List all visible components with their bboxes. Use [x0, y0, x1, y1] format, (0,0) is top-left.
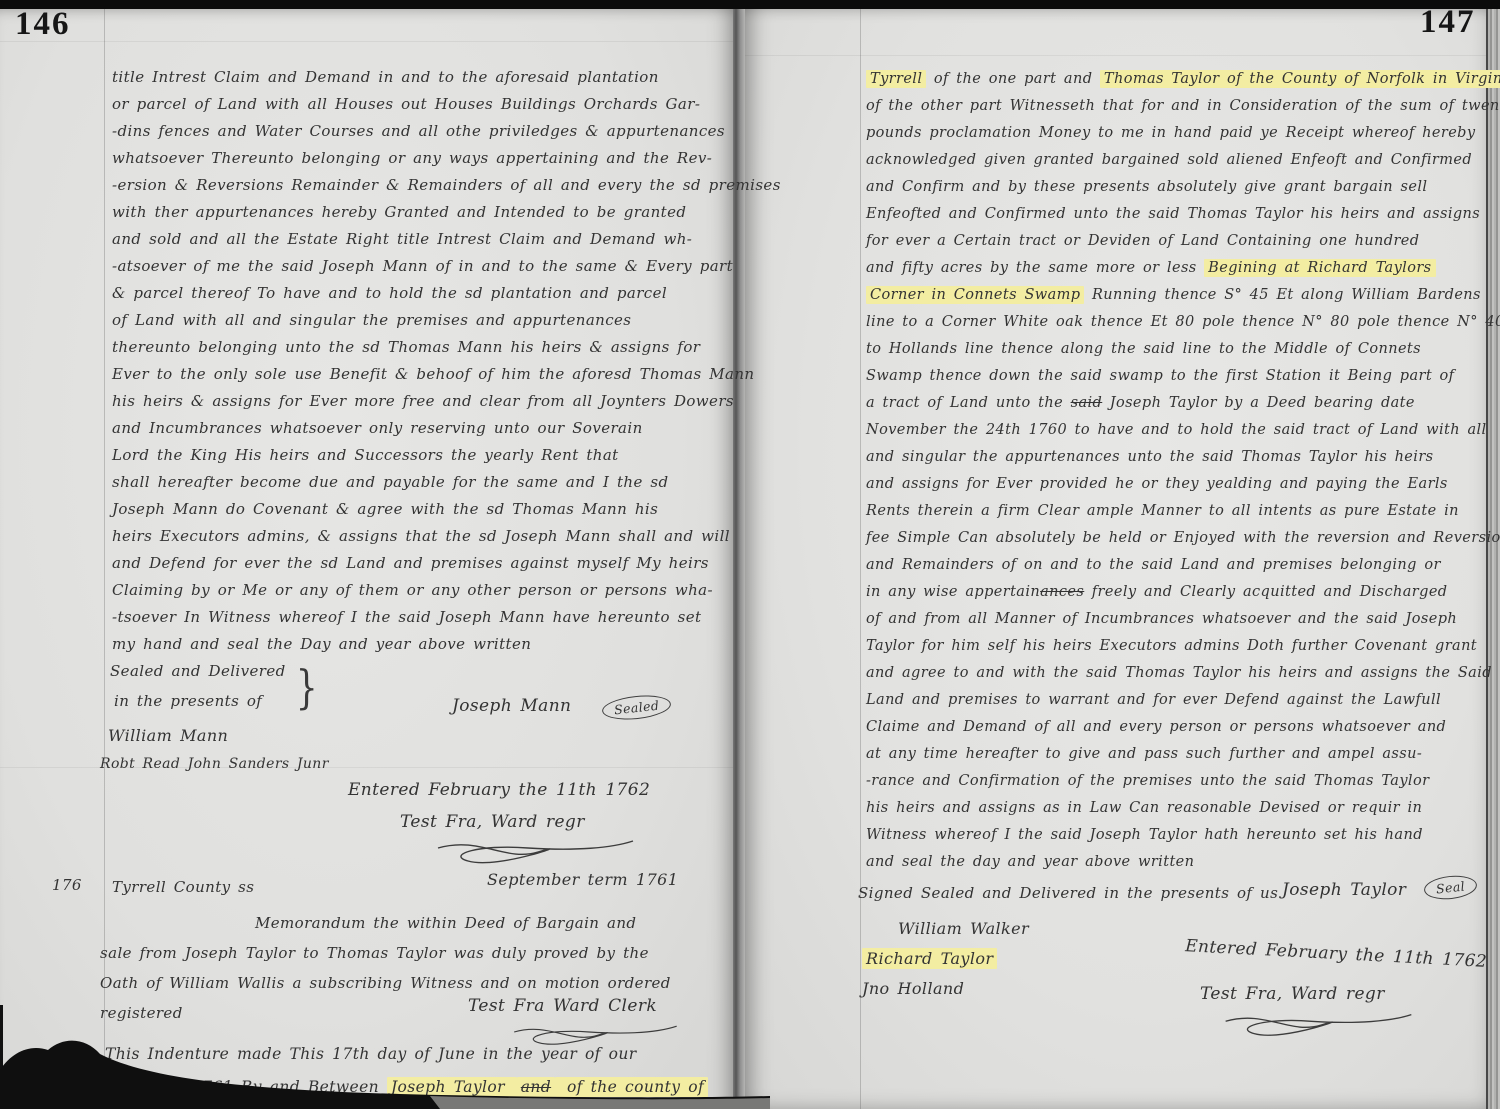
right-witness-list: William WalkerRichard TaylorJno Holland	[862, 914, 1029, 1004]
deed-text-line: line to a Corner White oak thence Et 80 …	[866, 309, 1500, 336]
page-number-147: 147	[1420, 4, 1476, 41]
right-margin-rule	[860, 9, 861, 1109]
deed-text-line: Swamp thence down the said swamp to the …	[866, 363, 1500, 390]
deed-text-line: my hand and seal the Day and year above …	[112, 631, 781, 658]
witness-name: William Walker	[862, 914, 1029, 944]
pen-flourish-left-1	[430, 836, 640, 872]
deed-text-line: pounds proclamation Money to me in hand …	[866, 120, 1500, 147]
deed-text-line: Taylor for him self his heirs Executors …	[866, 633, 1500, 660]
deed-text-line: Joseph Mann do Covenant & agree with the…	[112, 496, 781, 523]
witness-william-mann: William Mann	[108, 726, 228, 745]
deed-text-line: of Land with all and singular the premis…	[112, 307, 781, 334]
deed-text-line: shall hereafter become due and payable f…	[112, 469, 781, 496]
deed-text-line: November the 24th 1760 to have and to ho…	[866, 417, 1500, 444]
deed-text-line: thereunto belonging unto the sd Thomas M…	[112, 334, 781, 361]
page-number-146: 146	[15, 6, 71, 43]
deed-text-line: acknowledged given granted bargained sol…	[866, 147, 1500, 174]
desk-shadow	[0, 1030, 770, 1109]
deed-text-line: and agree to and with the said Thomas Ta…	[866, 660, 1500, 687]
attestation-line-2: in the presents of	[114, 692, 262, 710]
deed-book-photo: 146 147 title Intrest Claim and Demand i…	[0, 0, 1500, 1109]
deed-text-line: Rents therein a firm Clear ample Manner …	[866, 498, 1500, 525]
grantor-signature-joseph-mann: Joseph Mann	[452, 696, 571, 716]
deed-text-line: and assigns for Ever provided he or they…	[866, 471, 1500, 498]
deed-text-line: -atsoever of me the said Joseph Mann of …	[112, 253, 781, 280]
deed-text-line: fee Simple Can absolutely be held or Enj…	[866, 525, 1500, 552]
deed-text-line: heirs Executors admins, & assigns that t…	[112, 523, 781, 550]
deed-text-line: and singular the appurtenances unto the …	[866, 444, 1500, 471]
memorandum-line: sale from Joseph Taylor to Thomas Taylor…	[100, 938, 671, 968]
left-fold-line	[0, 41, 733, 42]
witness-rob-read-john-sanders: Robt Read John Sanders Junr	[100, 756, 329, 772]
pen-flourish-right	[1218, 1008, 1418, 1046]
right-fold-line	[745, 55, 1486, 56]
deed-text-line: and Confirm and by these presents absolu…	[866, 174, 1500, 201]
seal-mark-left: Sealed	[602, 696, 671, 719]
test-register-right: Test Fra, Ward regr	[1200, 984, 1385, 1004]
test-register-left: Test Fra, Ward regr	[400, 812, 585, 832]
deed-text-line: Lord the King His heirs and Successors t…	[112, 442, 781, 469]
memorandum-line: Memorandum the within Deed of Bargain an…	[100, 908, 671, 938]
deed-text-line: & parcel thereof To have and to hold the…	[112, 280, 781, 307]
entered-date-left: Entered February the 11th 1762	[348, 780, 650, 800]
deed-text-line: Land and premises to warrant and for eve…	[866, 687, 1500, 714]
seal-label: Seal	[1423, 873, 1478, 901]
deed-text-line: of the other part Witnesseth that for an…	[866, 93, 1500, 120]
left-deed-body: title Intrest Claim and Demand in and to…	[112, 64, 781, 658]
deed-text-line: Ever to the only sole use Benefit & beho…	[112, 361, 781, 388]
deed-text-line: -rance and Confirmation of the premises …	[866, 768, 1500, 795]
deed-text-line: his heirs & assigns for Ever more free a…	[112, 388, 781, 415]
deed-text-line: with ther appurtenances hereby Granted a…	[112, 199, 781, 226]
deed-text-line: Corner in Connets Swamp Running thence S…	[866, 282, 1500, 309]
attestation-line-1: Sealed and Delivered	[110, 662, 286, 680]
seal-label: Sealed	[601, 692, 672, 722]
seal-mark-right: Seal	[1424, 876, 1477, 899]
deed-text-line: -dins fences and Water Courses and all o…	[112, 118, 781, 145]
county-heading: Tyrrell County ss	[112, 878, 254, 896]
deed-text-line: and seal the day and year above written	[866, 849, 1500, 876]
deed-text-line: Witness whereof I the said Joseph Taylor…	[866, 822, 1500, 849]
deed-text-line: -ersion & Reversions Remainder & Remaind…	[112, 172, 781, 199]
deed-text-line: a tract of Land unto the said Joseph Tay…	[866, 390, 1500, 417]
test-clerk: Test Fra Ward Clerk	[468, 996, 657, 1016]
deed-text-line: and fifty acres by the same more or less…	[866, 255, 1500, 282]
deed-text-line: of and from all Manner of Incumbrances w…	[866, 606, 1500, 633]
deed-text-line: Claiming by or Me or any of them or any …	[112, 577, 781, 604]
deed-text-line: in any wise appertainances freely and Cl…	[866, 579, 1500, 606]
deed-text-line: and Defend for ever the sd Land and prem…	[112, 550, 781, 577]
deed-text-line: or parcel of Land with all Houses out Ho…	[112, 91, 781, 118]
entry-number: 176	[52, 876, 82, 894]
deed-text-line: and sold and all the Estate Right title …	[112, 226, 781, 253]
deed-text-line: for ever a Certain tract or Deviden of L…	[866, 228, 1500, 255]
grantor-signature-joseph-taylor: Joseph Taylor	[1282, 880, 1406, 900]
book-top-edge	[0, 0, 1500, 9]
deed-text-line: whatsoever Thereunto belonging or any wa…	[112, 145, 781, 172]
right-deed-body: Tyrrell of the one part and Thomas Taylo…	[866, 66, 1500, 876]
deed-text-line: at any time hereafter to give and pass s…	[866, 741, 1500, 768]
deed-text-line: title Intrest Claim and Demand in and to…	[112, 64, 781, 91]
deed-text-line: and Incumbrances whatsoever only reservi…	[112, 415, 781, 442]
deed-text-line: to Hollands line thence along the said l…	[866, 336, 1500, 363]
deed-text-line: his heirs and assigns as in Law Can reas…	[866, 795, 1500, 822]
deed-text-line: Enfeofted and Confirmed unto the said Th…	[866, 201, 1500, 228]
deed-text-line: and Remainders of on and to the said Lan…	[866, 552, 1500, 579]
deed-text-line: -tsoever In Witness whereof I the said J…	[112, 604, 781, 631]
signing-attestation: Signed Sealed and Delivered in the prese…	[858, 884, 1278, 902]
witness-name: Jno Holland	[862, 974, 1029, 1004]
deed-text-line: Claime and Demand of all and every perso…	[866, 714, 1500, 741]
attestation-brace: }	[296, 660, 318, 714]
deed-text-line: Tyrrell of the one part and Thomas Taylo…	[866, 66, 1500, 93]
witness-name: Richard Taylor	[862, 944, 1029, 974]
memorandum-line: Oath of William Wallis a subscribing Wit…	[100, 968, 671, 998]
court-term: September term 1761	[487, 870, 678, 889]
